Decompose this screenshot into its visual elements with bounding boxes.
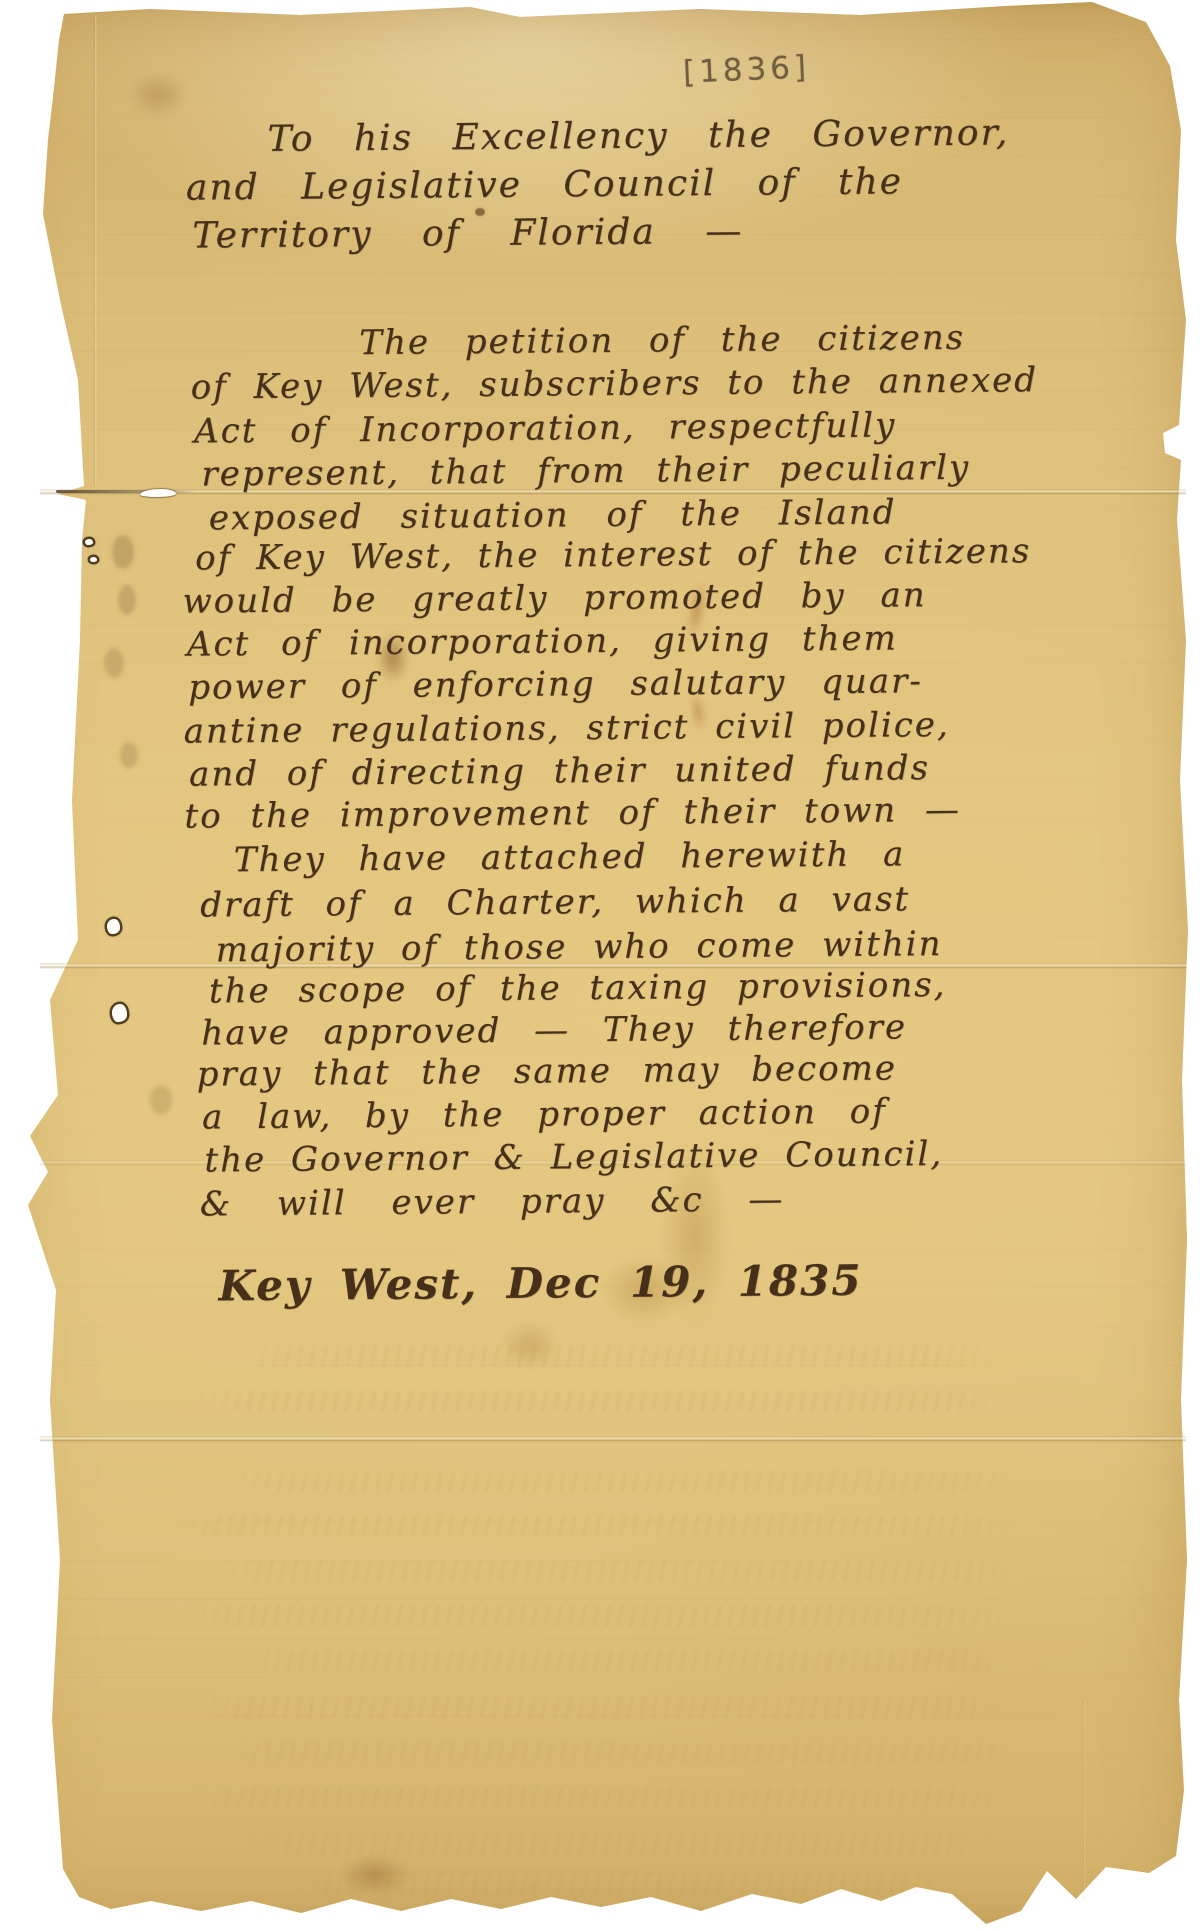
petition-line: to the improvement of their town —: [184, 790, 961, 837]
petition-line: antine regulations, strict civil police,: [184, 705, 950, 752]
petition-line: Act of incorporation, giving them: [187, 618, 898, 664]
salutation-line: Territory of Florida —: [192, 211, 743, 257]
salutation-line: To his Excellency the Governor,: [267, 112, 1009, 159]
petition-line: and of directing their united funds: [189, 748, 930, 794]
petition-line: represent, that from their peculiarly: [201, 448, 970, 495]
petition-line: the scope of the taxing provisions,: [209, 965, 947, 1011]
petition-line: power of enforcing salutary quar-: [188, 661, 923, 707]
petition-line: Act of Incorporation, respectfully: [194, 405, 896, 451]
petition-line: have approved — They therefore: [201, 1007, 907, 1053]
petition-line: would be greatly promoted by an: [182, 575, 926, 621]
salutation-line: and Legislative Council of the: [186, 161, 903, 208]
petition-line: majority of those who come within: [215, 924, 942, 970]
petition-line: They have attached herewith a: [234, 834, 906, 880]
petition-line: draft of a Charter, which a vast: [200, 879, 910, 925]
petition-line: The petition of the citizens: [359, 318, 965, 363]
petition-line: & will ever pray &c —: [200, 1179, 785, 1224]
petition-line: the Governor & Legislative Council,: [204, 1134, 943, 1180]
petition-line: exposed situation of the Island: [209, 492, 897, 538]
dateline: Key West, Dec 19, 1835: [218, 1256, 862, 1311]
petition-line: a law, by the proper action of: [202, 1092, 887, 1138]
petition-line: of Key West, subscribers to the annexed: [191, 360, 1039, 407]
handwritten-text-layer: To his Excellency the Governor, and Legi…: [0, 0, 1200, 1931]
petition-line: of Key West, the interest of the citizen…: [195, 531, 1031, 578]
petition-line: pray that the same may become: [197, 1048, 898, 1094]
